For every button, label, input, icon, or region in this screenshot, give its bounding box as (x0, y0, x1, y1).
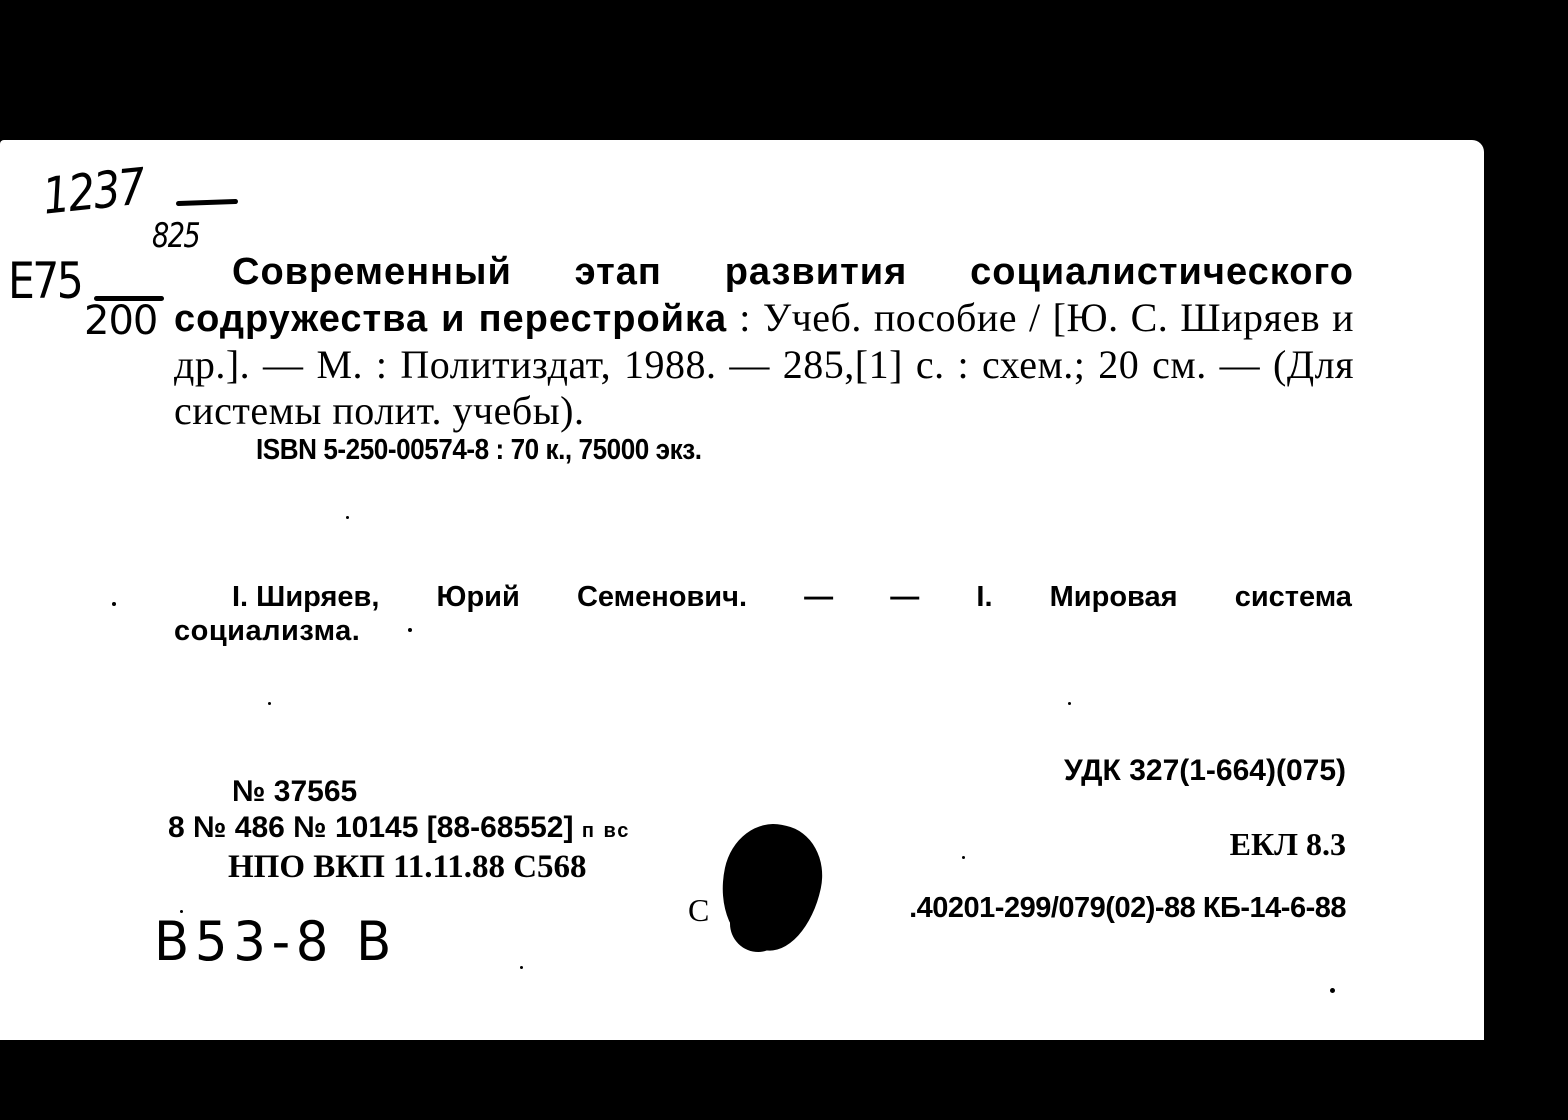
order-tail: п вс (582, 820, 631, 842)
speck (408, 628, 412, 632)
udk-code: УДК 327(1-664)(075) (1064, 754, 1346, 788)
tracing-item: I. (976, 580, 992, 614)
code-letter: С (688, 892, 709, 929)
print-data: № 37565 8 № 486 № 10145 [88-68552] п вс … (168, 774, 630, 885)
tracing-item: система (1235, 580, 1352, 614)
handwritten-fraction-bar (176, 199, 238, 206)
tracing-item: Юрий (437, 580, 520, 614)
speck (520, 966, 523, 969)
printer-line: НПО ВКП 11.11.88 С568 (168, 849, 630, 885)
isbn-line: ISBN 5-250-00574-8 : 70 к., 75000 экз. (256, 434, 702, 467)
handwritten-denominator: 200 (84, 298, 157, 344)
tracing-item: Мировая (1050, 580, 1178, 614)
speck (962, 856, 965, 859)
speck (268, 702, 271, 705)
speck (112, 602, 116, 606)
speck (180, 910, 183, 913)
tracing-item: Семенович. (577, 580, 747, 614)
order-line: 8 № 486 № 10145 [88-68552] п вс (168, 810, 630, 849)
card-number: № 37565 (168, 774, 630, 810)
handwritten-shelf-mark: Е75 (8, 252, 81, 310)
tracing-item: I. Ширяев, (232, 580, 379, 614)
tracing-continuation: социализма. (174, 614, 1352, 648)
handwritten-bottom-note: В53-8 В (154, 910, 397, 973)
ink-blot-tail (730, 900, 782, 952)
catalog-card: 1237 825 Е75 200 Современный этап развит… (0, 140, 1484, 1040)
speck (346, 516, 349, 519)
tracings: I. Ширяев, Юрий Семенович. — — I. Мирова… (174, 580, 1352, 648)
ekl-code: ЕКЛ 8.3 (1230, 826, 1346, 863)
tracing-item: — (890, 580, 919, 614)
speck (1068, 702, 1071, 705)
handwritten-number: 1237 (40, 157, 147, 225)
bibliographic-entry: Современный этап развития социалистическ… (174, 248, 1354, 434)
code-number: .40201-299/079(02)-88 КБ-14-6-88 (909, 892, 1346, 929)
tracing-item: — (804, 580, 833, 614)
speck (1330, 988, 1335, 993)
